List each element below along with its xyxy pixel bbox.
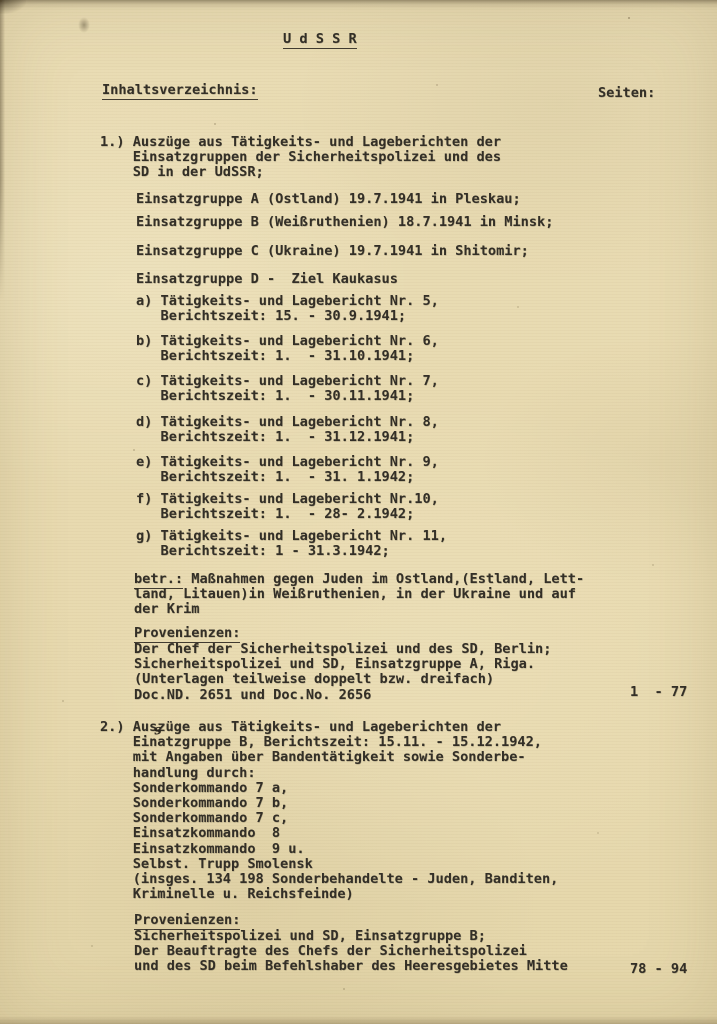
einsatzgruppe-b-line: Einsatzgruppe B (Weißruthenien) 18.7.194… — [136, 215, 553, 230]
paper-smudge — [78, 17, 90, 33]
entry-1-provenienzen-heading: Provenienzen: — [134, 626, 240, 641]
entry-1-betr-paragraph: betr.: Maßnahmen gegen Juden im Ostland,… — [134, 572, 584, 618]
entry-2-provenienzen-body: Sicherheitspolizei und SD, Einsatzgruppe… — [134, 929, 568, 975]
document-page: U d S S R Inhaltsverzeichnis: Seiten: 1.… — [0, 0, 717, 1024]
einsatzgruppe-a-line: Einsatzgruppe A (Ostland) 19.7.1941 in P… — [136, 192, 521, 207]
entry-2-heading: 2.) Auszüge aus Tätigkeits- und Lageberi… — [100, 720, 558, 902]
report-item-c: c) Tätigkeits- und Lagebericht Nr. 7, Be… — [136, 374, 439, 404]
report-item-g: g) Tätigkeits- und Lagebericht Nr. 11, B… — [136, 529, 447, 559]
entry-1-provenienzen-body: Der Chef der Sicherheitspolizei und des … — [134, 642, 551, 703]
betr-text: Maßnahmen gegen Juden im Ostland,(Estlan… — [134, 571, 584, 617]
einsatzgruppe-d-line: Einsatzgruppe D - Ziel Kaukasus — [136, 272, 398, 287]
report-item-e: e) Tätigkeits- und Lagebericht Nr. 9, Be… — [136, 455, 439, 485]
entry-1-heading: 1.) Auszüge aus Tätigkeits- und Lageberi… — [100, 135, 501, 181]
scan-corner-shadow — [0, 0, 26, 14]
report-item-d: d) Tätigkeits- und Lagebericht Nr. 8, Be… — [136, 415, 439, 445]
report-item-b: b) Tätigkeits- und Lagebericht Nr. 6, Be… — [136, 334, 439, 364]
page-title: U d S S R — [283, 32, 357, 47]
entry-2-provenienzen-heading: Provenienzen: — [134, 913, 240, 928]
paper-specks — [0, 0, 2, 2]
page-title-text: U d S S R — [283, 31, 357, 49]
pages-column-heading: Seiten: — [598, 86, 655, 101]
scan-edge-top — [0, 0, 717, 9]
einsatzgruppe-c-line: Einsatzgruppe C (Ukraine) 19.7.1941 in S… — [136, 244, 529, 259]
scan-edge-bottom — [0, 1016, 717, 1024]
toc-heading: Inhaltsverzeichnis: — [102, 83, 258, 98]
scan-edge-left — [0, 0, 5, 300]
entry-1-page-range: 1 - 77 — [630, 685, 687, 700]
report-item-f: f) Tätigkeits- und Lagebericht Nr.10, Be… — [136, 492, 439, 522]
entry-2-page-range: 78 - 94 — [630, 962, 687, 977]
toc-heading-text: Inhaltsverzeichnis: — [102, 82, 258, 100]
report-item-a: a) Tätigkeits- und Lagebericht Nr. 5, Be… — [136, 294, 439, 324]
